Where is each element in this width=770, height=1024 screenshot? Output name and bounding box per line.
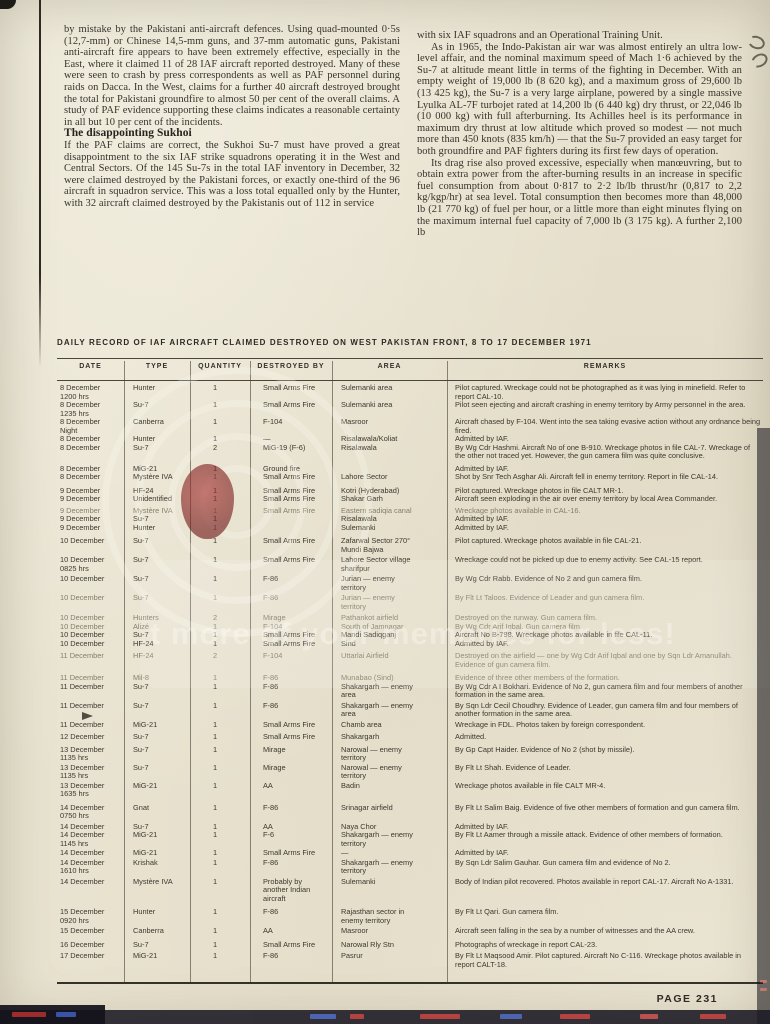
cell-remarks: By Flt Lt Aamer through a missile attack… xyxy=(447,831,763,848)
table-row: 13 December 1635 hrsMiG-211AABadinWrecka… xyxy=(57,782,763,799)
cell-destroyed-by: Small Arms Fire xyxy=(250,849,332,858)
cell-destroyed-by: F-86 xyxy=(250,908,332,925)
table-row: 16 DecemberSu-71Small Arms FireNarowal R… xyxy=(57,941,763,950)
cell-destroyed-by: Mirage xyxy=(250,764,332,781)
cell-remarks: By Wg Cdr Hashmi. Aircraft No of one B-9… xyxy=(447,444,763,461)
scan-edge-line xyxy=(39,0,41,368)
cell-destroyed-by: AA xyxy=(250,927,332,936)
cell-qty: 1 xyxy=(190,927,250,936)
cell-area: Shakargarh — enemy territory xyxy=(332,859,447,876)
table-row: 17 DecemberMiG-211F-86PasrurBy Flt Lt Ma… xyxy=(57,952,763,969)
table-row: 14 December 1145 hrsMiG-211F-6Shakargarh… xyxy=(57,831,763,848)
paragraph: Its drag rise also proved excessive, esp… xyxy=(417,158,742,239)
table-row: 15 December 0920 hrsHunter1F-86Rajasthan… xyxy=(57,908,763,925)
column-header-type: TYPE xyxy=(124,363,190,370)
cell-type: Krishak xyxy=(124,859,190,876)
cell-date: 14 December xyxy=(57,849,124,858)
column-header-date: DATE xyxy=(57,363,124,370)
pen-mark xyxy=(749,51,770,71)
cell-remarks: Aircraft seen falling in the sea by a nu… xyxy=(447,927,763,936)
cell-date: 14 December 0750 hrs xyxy=(57,804,124,821)
cell-destroyed-by: F-6 xyxy=(250,831,332,848)
cell-remarks: Aircraft chased by F-104. Went into the … xyxy=(447,418,763,435)
cell-date: 10 December xyxy=(57,575,124,592)
cell-area: — xyxy=(332,849,447,858)
table-row: 14 DecemberMystère IVA1Probably by anoth… xyxy=(57,878,763,904)
cell-remarks: By Sqn Ldr Salim Gauhar. Gun camera film… xyxy=(447,859,763,876)
table-rule-top xyxy=(57,358,763,359)
cell-date: 14 December xyxy=(57,878,124,904)
cell-area: Sulemanki area xyxy=(332,401,447,418)
cell-area: Shakargarh xyxy=(332,733,447,742)
paragraph: If the PAF claims are correct, the Sukho… xyxy=(64,140,400,210)
cell-destroyed-by: Mirage xyxy=(250,746,332,763)
cell-type: Hunter xyxy=(124,908,190,925)
paragraph: As in 1965, the Indo-Pakistan air war wa… xyxy=(417,42,742,158)
cell-remarks: By Sqn Ldr Cecil Choudhry. Evidence of L… xyxy=(447,702,763,719)
cell-qty: 1 xyxy=(190,878,250,904)
cell-date: 14 December 1145 hrs xyxy=(57,831,124,848)
cell-date: 8 December 1200 hrs xyxy=(57,384,124,401)
cell-type: MiG-21 xyxy=(124,721,190,730)
table-header-row: DATE TYPE QUANTITY DESTROYED BY AREA REM… xyxy=(57,363,763,370)
cell-area: Sulemanki xyxy=(332,878,447,904)
cell-area: Pasrur xyxy=(332,952,447,969)
cell-destroyed-by: AA xyxy=(250,782,332,799)
cell-type: Su-7 xyxy=(124,764,190,781)
cell-destroyed-by: F-86 xyxy=(250,804,332,821)
cell-area: Srinagar airfield xyxy=(332,804,447,821)
cell-destroyed-by: Small Arms Fire xyxy=(250,941,332,950)
cell-type: Su-7 xyxy=(124,733,190,742)
cell-remarks: By Flt Lt Maqsood Amir. Pilot captured. … xyxy=(447,952,763,969)
cell-qty: 1 xyxy=(190,908,250,925)
watermark-slogan: t more of your memories for less! xyxy=(150,616,770,652)
table-row: 15 DecemberCanberra1AAMasroorAircraft se… xyxy=(57,927,763,936)
cell-date: 15 December 0920 hrs xyxy=(57,908,124,925)
paragraph: by mistake by the Pakistani anti-aircraf… xyxy=(64,24,400,128)
cell-qty: 1 xyxy=(190,702,250,719)
cell-area: Masroor xyxy=(332,927,447,936)
cell-qty: 1 xyxy=(190,804,250,821)
cell-type: Su-7 xyxy=(124,746,190,763)
cell-area: Chamb area xyxy=(332,721,447,730)
table-row: 14 December 1610 hrsKrishak1F-86Shakarga… xyxy=(57,859,763,876)
cell-qty: 1 xyxy=(190,859,250,876)
cell-type: Su-7 xyxy=(124,702,190,719)
cell-date: 14 December 1610 hrs xyxy=(57,859,124,876)
table-row: 14 DecemberMiG-211Small Arms Fire—Admitt… xyxy=(57,849,763,858)
photo-border-right xyxy=(757,428,770,1024)
cell-qty: 1 xyxy=(190,941,250,950)
cell-area: Shakargarh — enemy area xyxy=(332,702,447,719)
watermark-red-stamp xyxy=(181,464,234,539)
cell-type: Mystère IVA xyxy=(124,878,190,904)
cell-date: 8 December Night xyxy=(57,418,124,435)
cell-destroyed-by: Small Arms Fire xyxy=(250,721,332,730)
cell-destroyed-by: F-86 xyxy=(250,702,332,719)
table-rule-header xyxy=(57,380,763,381)
cell-remarks: By Flt Lt Shah. Evidence of Leader. xyxy=(447,764,763,781)
cell-remarks: Aircraft seen exploding in the air over … xyxy=(447,495,763,504)
paragraph: with six IAF squadrons and an Operationa… xyxy=(417,30,742,42)
cell-date: 13 December 1135 hrs xyxy=(57,764,124,781)
cell-area: Rajasthan sector in enemy territory xyxy=(332,908,447,925)
cell-qty: 1 xyxy=(190,764,250,781)
cell-area: Narowal — enemy territory xyxy=(332,764,447,781)
cell-type: MiG-21 xyxy=(124,831,190,848)
section-heading: The disappointing Sukhoi xyxy=(64,128,400,140)
cell-date: 13 December 1635 hrs xyxy=(57,782,124,799)
watermark-ring xyxy=(102,367,372,637)
cell-qty: 1 xyxy=(190,823,250,832)
scan-corner-mark xyxy=(0,0,16,9)
cell-qty: 1 xyxy=(190,782,250,799)
cell-area: Sulemanki area xyxy=(332,384,447,401)
cell-type: MiG-21 xyxy=(124,849,190,858)
cell-destroyed-by: F-86 xyxy=(250,859,332,876)
table-row: 13 December 1135 hrsSu-71MirageNarowal —… xyxy=(57,746,763,763)
cell-remarks: Photographs of wreckage in report CAL-23… xyxy=(447,941,763,950)
photo-border-corner xyxy=(0,1005,105,1024)
right-text-column: with six IAF squadrons and an Operationa… xyxy=(417,30,742,239)
cell-type: Su-7 xyxy=(124,941,190,950)
table-row: 14 December 0750 hrsGnat1F-86Srinagar ai… xyxy=(57,804,763,821)
cell-type: Gnat xyxy=(124,804,190,821)
cell-remarks: By Flt Lt Salim Baig. Evidence of five o… xyxy=(447,804,763,821)
cell-qty: 1 xyxy=(190,733,250,742)
cell-date: 10 December xyxy=(57,640,124,649)
cell-qty: 1 xyxy=(190,831,250,848)
table-rule-bottom xyxy=(57,982,763,984)
cell-date: 16 December xyxy=(57,941,124,950)
cell-destroyed-by: Probably by another Indian aircraft xyxy=(250,878,332,904)
table-row: 12 DecemberSu-71Small Arms FireShakargar… xyxy=(57,733,763,742)
cell-area: Narowal Rly Stn xyxy=(332,941,447,950)
cell-date: 8 December 1235 hrs xyxy=(57,401,124,418)
table-row: 11 DecemberSu-71F-86Shakargarh — enemy a… xyxy=(57,702,763,719)
left-text-column: by mistake by the Pakistani anti-aircraf… xyxy=(64,24,400,210)
cell-remarks: By Flt Lt Qari. Gun camera film. xyxy=(447,908,763,925)
cell-area: Shakargarh — enemy territory xyxy=(332,831,447,848)
cell-remarks: Admitted by IAF. xyxy=(447,524,763,533)
cell-area: Badin xyxy=(332,782,447,799)
cell-remarks: Admitted by IAF. xyxy=(447,849,763,858)
cell-date: 17 December xyxy=(57,952,124,969)
cell-remarks: Admitted. xyxy=(447,733,763,742)
cell-destroyed-by: F-86 xyxy=(250,952,332,969)
table-title: DAILY RECORD OF IAF AIRCRAFT CLAIMED DES… xyxy=(57,338,592,347)
photo-border-bottom xyxy=(0,1010,770,1024)
cell-destroyed-by: Small Arms Fire xyxy=(250,733,332,742)
cell-area: Narowal — enemy territory xyxy=(332,746,447,763)
cell-qty: 1 xyxy=(190,849,250,858)
cell-remarks: Body of Indian pilot recovered. Photos a… xyxy=(447,878,763,904)
cell-date: 15 December xyxy=(57,927,124,936)
column-header-area: AREA xyxy=(332,363,447,370)
cell-date: 11 December xyxy=(57,702,124,719)
cell-type: MiG-21 xyxy=(124,952,190,969)
cell-qty: 1 xyxy=(190,721,250,730)
cell-type: MiG-21 xyxy=(124,782,190,799)
cell-qty: 1 xyxy=(190,952,250,969)
cell-remarks: By Gp Capt Haider. Evidence of No 2 (sho… xyxy=(447,746,763,763)
cell-remarks: Pilot captured. Wreckage could not be ph… xyxy=(447,384,763,401)
cell-date: 11 December xyxy=(57,683,124,700)
cell-remarks: Pilot captured. Wreckage photos availabl… xyxy=(447,537,763,554)
cell-remarks: Shot by Snr Tech Asghar Ali. Aircraft fe… xyxy=(447,473,763,482)
cell-date: 12 December xyxy=(57,733,124,742)
column-header-remarks: REMARKS xyxy=(447,363,763,370)
table-row: 11 DecemberMiG-211Small Arms FireChamb a… xyxy=(57,721,763,730)
cell-date: 13 December 1135 hrs xyxy=(57,746,124,763)
cell-date: 10 December xyxy=(57,594,124,611)
cell-date: 11 December xyxy=(57,652,124,669)
cell-remarks: Wreckage in FDL. Photos taken by foreign… xyxy=(447,721,763,730)
cell-date: 11 December xyxy=(57,721,124,730)
cell-qty: 1 xyxy=(190,746,250,763)
cell-remarks: Pilot seen ejecting and aircraft crashin… xyxy=(447,401,763,418)
cell-remarks: Wreckage photos available in file CALT M… xyxy=(447,782,763,799)
pen-mark xyxy=(746,33,766,51)
table-row: 13 December 1135 hrsSu-71MirageNarowal —… xyxy=(57,764,763,781)
page-number: PAGE 231 xyxy=(657,993,718,1005)
cell-type: Canberra xyxy=(124,927,190,936)
